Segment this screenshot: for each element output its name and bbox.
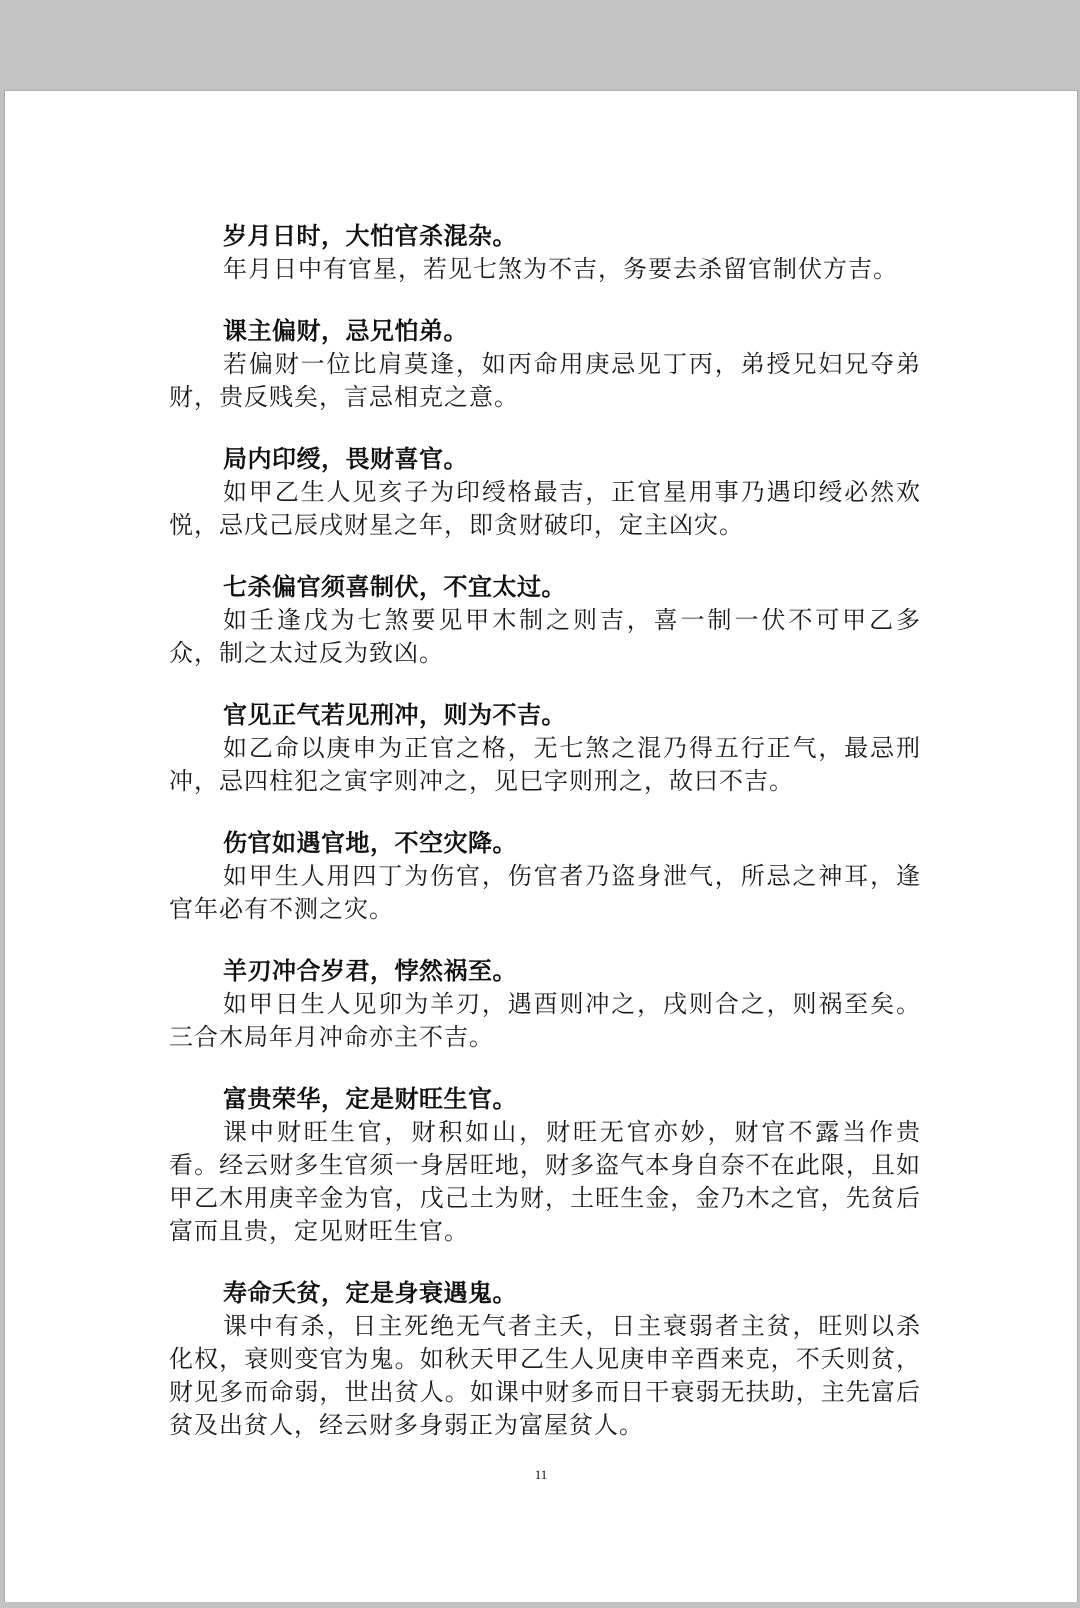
section-body: 课中有杀，日主死绝无气者主夭，日主衰弱者主贫，旺则以杀化权，衰则变官为鬼。如秋天… bbox=[169, 1310, 921, 1442]
section-heading: 羊刃冲合岁君，悖然祸至。 bbox=[169, 954, 921, 988]
section-body: 如乙命以庚申为正官之格，无七煞之混乃得五行正气，最忌刑冲，忌四柱犯之寅字则冲之，… bbox=[169, 732, 921, 798]
section-body: 课中财旺生官，财积如山，财旺无官亦妙，财官不露当作贵看。经云财多生官须一身居旺地… bbox=[169, 1116, 921, 1248]
section-6: 伤官如遇官地，不空灾降。 如甲生人用四丁为伤官，伤官者乃盗身泄气，所忌之神耳，逢… bbox=[169, 826, 921, 926]
section-9: 寿命夭贫，定是身衰遇鬼。 课中有杀，日主死绝无气者主夭，日主衰弱者主贫，旺则以杀… bbox=[169, 1276, 921, 1442]
section-heading: 伤官如遇官地，不空灾降。 bbox=[169, 826, 921, 860]
section-heading: 局内印绶，畏财喜官。 bbox=[169, 442, 921, 476]
section-heading: 富贵荣华，定是财旺生官。 bbox=[169, 1082, 921, 1116]
page-content: 岁月日时，大怕官杀混杂。 年月日中有官星，若见七煞为不吉，务要去杀留官制伏方吉。… bbox=[169, 219, 921, 1470]
section-heading: 寿命夭贫，定是身衰遇鬼。 bbox=[169, 1276, 921, 1310]
document-page: 岁月日时，大怕官杀混杂。 年月日中有官星，若见七煞为不吉，务要去杀留官制伏方吉。… bbox=[4, 90, 1078, 1602]
section-8: 富贵荣华，定是财旺生官。 课中财旺生官，财积如山，财旺无官亦妙，财官不露当作贵看… bbox=[169, 1082, 921, 1248]
page-number: 11 bbox=[5, 1467, 1077, 1483]
section-body: 如甲日生人见卯为羊刃，遇酉则冲之，戌则合之，则祸至矣。三合木局年月冲命亦主不吉。 bbox=[169, 988, 921, 1054]
section-7: 羊刃冲合岁君，悖然祸至。 如甲日生人见卯为羊刃，遇酉则冲之，戌则合之，则祸至矣。… bbox=[169, 954, 921, 1054]
section-body: 年月日中有官星，若见七煞为不吉，务要去杀留官制伏方吉。 bbox=[169, 253, 921, 286]
section-body: 若偏财一位比肩莫逢，如丙命用庚忌见丁丙，弟授兄妇兄夺弟财，贵反贱矣，言忌相克之意… bbox=[169, 348, 921, 414]
section-body: 如甲生人用四丁为伤官，伤官者乃盗身泄气，所忌之神耳，逢官年必有不测之灾。 bbox=[169, 860, 921, 926]
section-heading: 岁月日时，大怕官杀混杂。 bbox=[169, 219, 921, 253]
section-body: 如壬逢戊为七煞要见甲木制之则吉，喜一制一伏不可甲乙多众，制之太过反为致凶。 bbox=[169, 604, 921, 670]
section-2: 课主偏财，忌兄怕弟。 若偏财一位比肩莫逢，如丙命用庚忌见丁丙，弟授兄妇兄夺弟财，… bbox=[169, 314, 921, 414]
section-heading: 七杀偏官须喜制伏，不宜太过。 bbox=[169, 570, 921, 604]
section-heading: 官见正气若见刑冲，则为不吉。 bbox=[169, 698, 921, 732]
section-heading: 课主偏财，忌兄怕弟。 bbox=[169, 314, 921, 348]
section-5: 官见正气若见刑冲，则为不吉。 如乙命以庚申为正官之格，无七煞之混乃得五行正气，最… bbox=[169, 698, 921, 798]
section-body: 如甲乙生人见亥子为印绶格最吉，正官星用事乃遇印绶必然欢悦，忌戊己辰戌财星之年，即… bbox=[169, 476, 921, 542]
section-4: 七杀偏官须喜制伏，不宜太过。 如壬逢戊为七煞要见甲木制之则吉，喜一制一伏不可甲乙… bbox=[169, 570, 921, 670]
section-3: 局内印绶，畏财喜官。 如甲乙生人见亥子为印绶格最吉，正官星用事乃遇印绶必然欢悦，… bbox=[169, 442, 921, 542]
section-1: 岁月日时，大怕官杀混杂。 年月日中有官星，若见七煞为不吉，务要去杀留官制伏方吉。 bbox=[169, 219, 921, 286]
